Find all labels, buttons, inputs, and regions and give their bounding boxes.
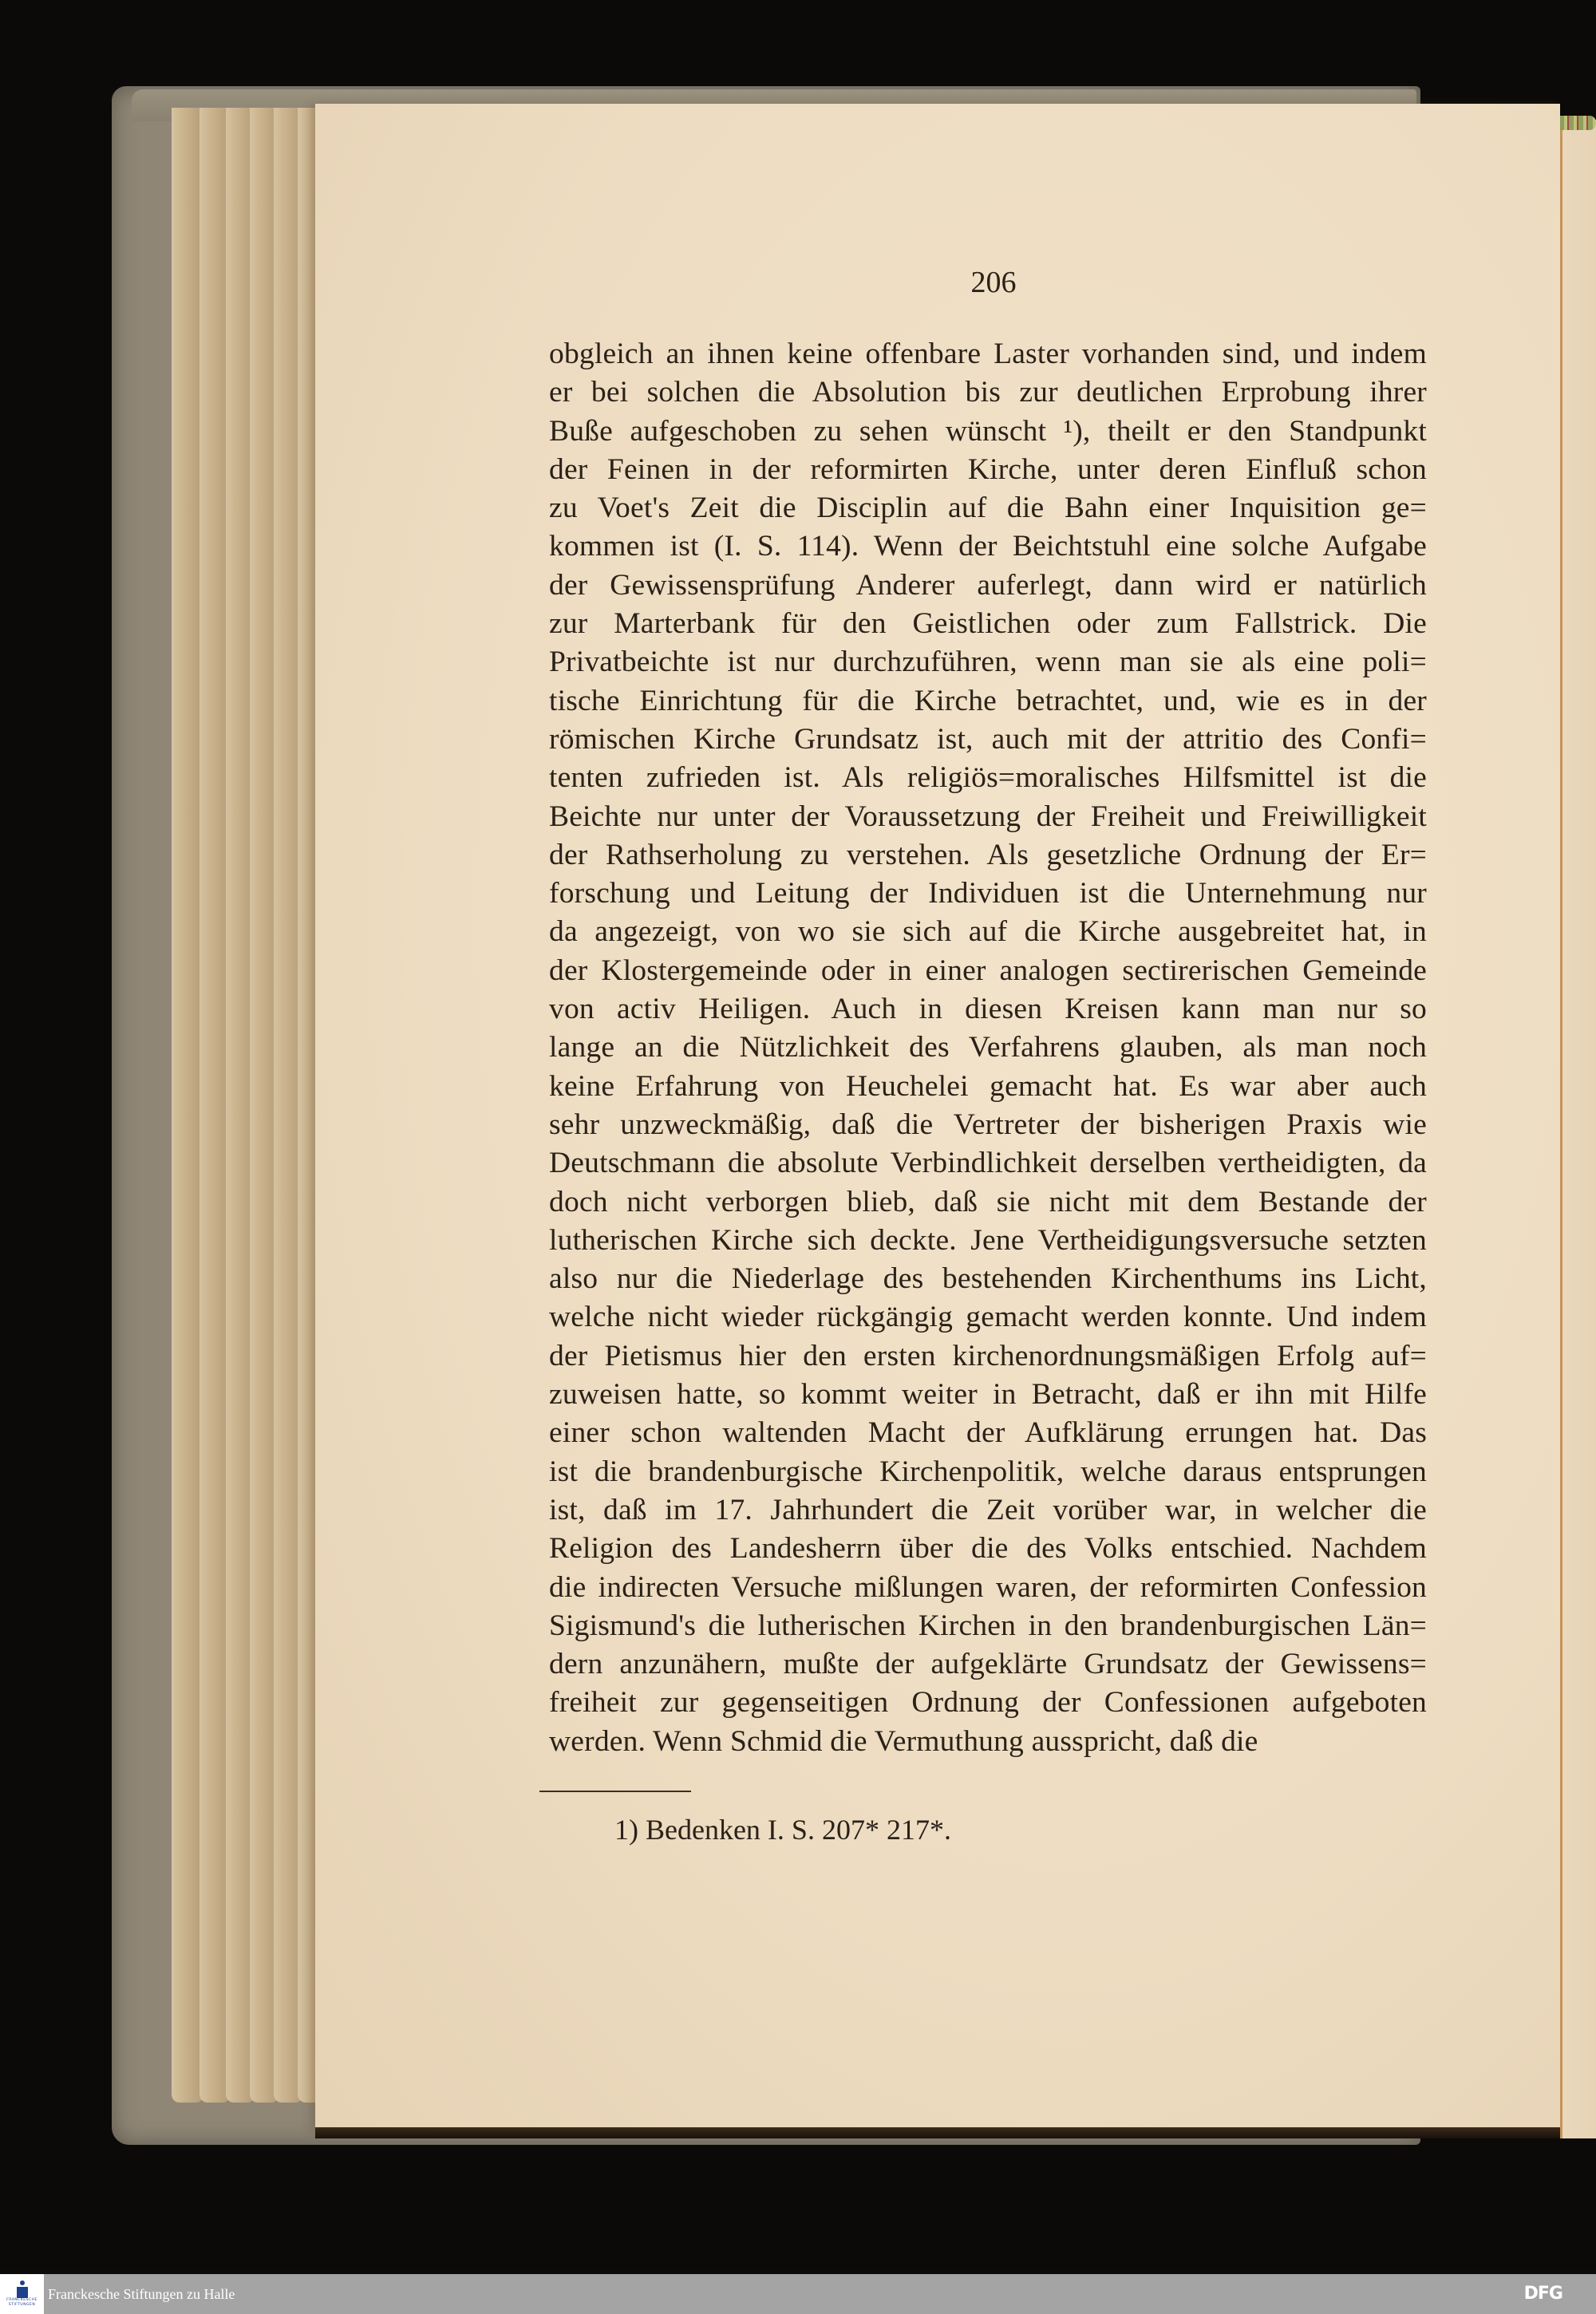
text-line: kommen ist (I. S. 114). Wenn der Beichts… (549, 527, 1427, 566)
text-line: ist die brandenburgische Kirchenpolitik,… (549, 1453, 1427, 1491)
text-line: da angezeigt, von wo sie sich auf die Ki… (549, 913, 1427, 951)
page-number: 206 (942, 265, 1045, 300)
text-line: lange an die Nützlichkeit des Verfahrens… (549, 1029, 1427, 1067)
text-line: freiheit zur gegenseitigen Ordnung der C… (549, 1684, 1427, 1722)
text-line: Sigismund's die lutherischen Kirchen in … (549, 1607, 1427, 1645)
text-line: der Feinen in der reformirten Kirche, un… (549, 451, 1427, 489)
text-line: einer schon waltenden Macht der Aufkläru… (549, 1414, 1427, 1452)
text-line: er bei solchen die Absolution bis zur de… (549, 373, 1427, 412)
text-line: sehr unzweckmäßig, daß die Vertreter der… (549, 1106, 1427, 1144)
text-line: doch nicht verborgen blieb, daß sie nich… (549, 1183, 1427, 1222)
facing-page-edge (1560, 120, 1596, 2138)
text-line: zur Marterbank für den Geistlichen oder … (549, 605, 1427, 643)
footnote-rule (539, 1791, 691, 1792)
text-line: Deutschmann die absolute Verbindlichkeit… (549, 1144, 1427, 1183)
text-line: tische Einrichtung für die Kirche betrac… (549, 682, 1427, 721)
text-line: zuweisen hatte, so kommt weiter in Betra… (549, 1376, 1427, 1414)
institution-name: Franckesche Stiftungen zu Halle (48, 2274, 235, 2314)
viewer-footer-bar: FRANCKESCHE STIFTUNGEN Franckesche Stift… (0, 2274, 1596, 2314)
text-line: Buße aufgeschoben zu sehen wünscht ¹), t… (549, 413, 1427, 451)
text-line: der Rathserholung zu verstehen. Als gese… (549, 836, 1427, 875)
text-line: der Pietismus hier den ersten kirchenord… (549, 1337, 1427, 1376)
text-line: Privatbeichte ist nur durchzuführen, wen… (549, 643, 1427, 681)
text-line: forschung und Leitung der Individuen ist… (549, 875, 1427, 913)
text-line: ist, daß im 17. Jahrhundert die Zeit vor… (549, 1491, 1427, 1530)
text-line: zu Voet's Zeit die Disciplin auf die Bah… (549, 489, 1427, 527)
text-line: Religion des Landesherrn über die des Vo… (549, 1530, 1427, 1568)
orphanage-logo-icon (15, 2280, 30, 2298)
institution-logo[interactable]: FRANCKESCHE STIFTUNGEN (0, 2274, 44, 2314)
body-text: obgleich an ihnen keine offenbare Laster… (549, 335, 1427, 1761)
text-line: welche nicht wieder rückgängig gemacht w… (549, 1298, 1427, 1337)
text-line: römischen Kirche Grundsatz ist, auch mit… (549, 721, 1427, 759)
logo-text-line-2: STIFTUNGEN (9, 2303, 36, 2308)
text-line: dern anzunähern, mußte der aufgeklärte G… (549, 1645, 1427, 1684)
text-line: werden. Wenn Schmid die Vermuthung aussp… (549, 1723, 1427, 1761)
text-line: lutherischen Kirche sich deckte. Jene Ve… (549, 1222, 1427, 1260)
text-line: der Gewissensprüfung Anderer auferlegt, … (549, 567, 1427, 605)
text-line: von activ Heiligen. Auch in diesen Kreis… (549, 990, 1427, 1029)
text-line: der Klostergemeinde oder in einer analog… (549, 952, 1427, 990)
footnote: 1) Bedenken I. S. 207* 217*. (614, 1813, 951, 1846)
text-line: also nur die Niederlage des bestehenden … (549, 1260, 1427, 1298)
text-line: keine Erfahrung von Heuchelei gemacht ha… (549, 1068, 1427, 1106)
page-stack-edges (172, 108, 331, 2103)
text-line: die indirecten Versuche mißlungen waren,… (549, 1569, 1427, 1607)
dfg-logo: DFG (1524, 2274, 1562, 2314)
text-line: obgleich an ihnen keine offenbare Laster… (549, 335, 1427, 373)
text-line: tenten zufrieden ist. Als religiös=moral… (549, 759, 1427, 797)
page-bottom-edge (315, 2127, 1560, 2138)
text-line: Beichte nur unter der Voraussetzung der … (549, 798, 1427, 836)
